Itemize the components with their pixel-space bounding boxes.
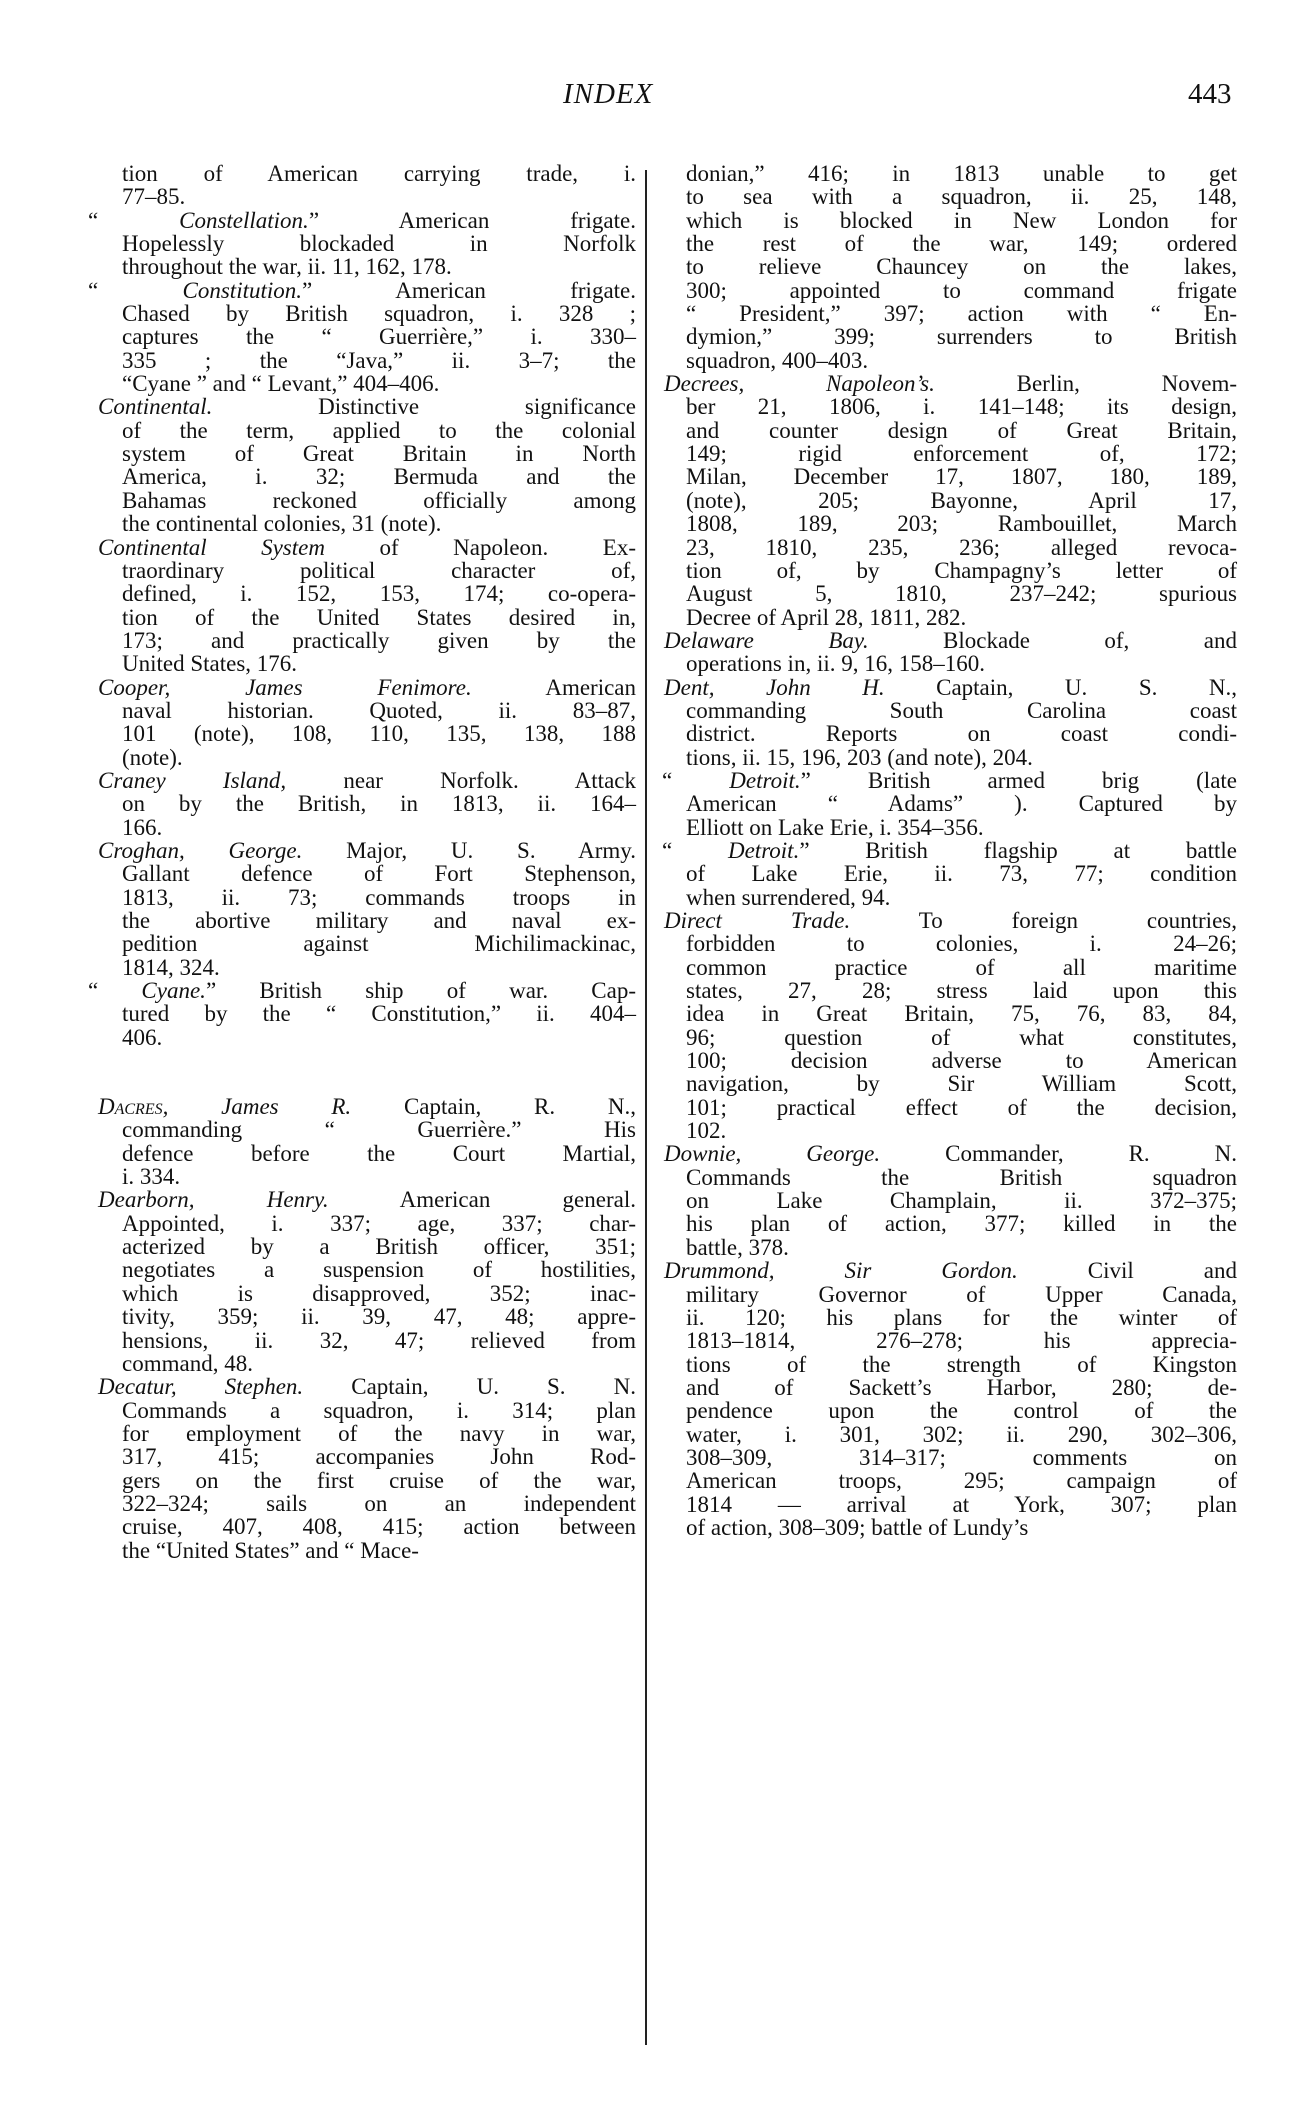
entry-description: Civil and bbox=[1018, 1258, 1237, 1283]
entry-headword: Constitution. bbox=[183, 278, 303, 303]
entry-line: 406. bbox=[88, 1026, 636, 1049]
entry-headword: Dent, John H. bbox=[664, 675, 885, 700]
entry-headword: Drummond, Sir Gordon. bbox=[664, 1258, 1018, 1283]
entry-line: acterized by a British officer, 351; bbox=[88, 1235, 636, 1258]
entry-line: 1814 — arrival at York, 307; plan bbox=[662, 1493, 1237, 1516]
entry-line: of Lake Erie, ii. 73, 77; condition bbox=[662, 862, 1237, 885]
index-entry: Dacres, James R. Captain, R. N.,commandi… bbox=[88, 1095, 636, 1188]
entry-line: Commands a squadron, i. 314; plan bbox=[88, 1399, 636, 1422]
entry-line: navigation, by Sir William Scott, bbox=[662, 1072, 1237, 1095]
entry-headword: Dearborn, Henry. bbox=[98, 1187, 329, 1212]
index-entry: Dearborn, Henry. American general.Appoin… bbox=[88, 1188, 636, 1375]
entry-line: battle, 378. bbox=[662, 1236, 1237, 1259]
entry-line: 101; practical effect of the decision, bbox=[662, 1096, 1237, 1119]
entry-headline: Delaware Bay. Blockade of, and bbox=[662, 629, 1237, 652]
entry-headword: Decrees, Napoleon’s. bbox=[664, 371, 935, 396]
headword-text: Craney Island, bbox=[98, 768, 286, 793]
entry-line: and of Sackett’s Harbor, 280; de- bbox=[662, 1376, 1237, 1399]
index-entry: Croghan, George. Major, U. S. Army.Galla… bbox=[88, 839, 636, 979]
entry-line: negotiates a suspension of hostilities, bbox=[88, 1258, 636, 1281]
entry-line: captures the “ Guerrière,” i. 330– bbox=[88, 325, 636, 348]
headword-smallcaps: Dacres bbox=[98, 1094, 163, 1119]
index-entry: “ Constellation.” American frigate.Hopel… bbox=[88, 209, 636, 279]
entry-headline: “ Detroit.” British flagship at battle bbox=[662, 839, 1237, 862]
entry-headword: Direct Trade. bbox=[664, 908, 850, 933]
entry-line: hensions, ii. 32, 47; relieved from bbox=[88, 1329, 636, 1352]
entry-line: tured by the “ Constitution,” ii. 404– bbox=[88, 1002, 636, 1025]
entry-line: Bahamas reckoned officially among bbox=[88, 489, 636, 512]
entry-line: pendence upon the control of the bbox=[662, 1399, 1237, 1422]
index-entry: Dent, John H. Captain, U. S. N.,commandi… bbox=[662, 676, 1237, 769]
entry-description: American frigate. bbox=[312, 278, 636, 303]
entry-line: which is disapproved, 352; inac- bbox=[88, 1282, 636, 1305]
entry-line: (note), 205; Bayonne, April 17, bbox=[662, 489, 1237, 512]
entry-description: Captain, U. S. N., bbox=[885, 675, 1237, 700]
entry-line: 317, 415; accompanies John Rod- bbox=[88, 1445, 636, 1468]
open-quote: “ bbox=[662, 838, 728, 863]
close-quote: ” bbox=[206, 978, 216, 1003]
headword-text: Constitution. bbox=[183, 278, 303, 303]
entry-description: American frigate. bbox=[319, 208, 636, 233]
entry-description: Berlin, Novem- bbox=[935, 371, 1237, 396]
close-quote: ” bbox=[302, 278, 312, 303]
entry-description: Commander, R. N. bbox=[880, 1141, 1237, 1166]
index-entry: “ Cyane.” British ship of war. Cap-tured… bbox=[88, 979, 636, 1049]
entry-headword: Continental System bbox=[98, 535, 325, 560]
entry-line: 1814, 324. bbox=[88, 956, 636, 979]
entry-headline: “ Detroit.” British armed brig (late bbox=[662, 769, 1237, 792]
entry-line: the continental colonies, 31 (note). bbox=[88, 512, 636, 535]
entry-line: water, i. 301, 302; ii. 290, 302–306, bbox=[662, 1423, 1237, 1446]
entry-headline: “ Constitution.” American frigate. bbox=[88, 279, 636, 302]
continued-entry-line: 300; appointed to command frigate bbox=[662, 279, 1237, 302]
entry-line: idea in Great Britain, 75, 76, 83, 84, bbox=[662, 1002, 1237, 1025]
continued-entry-line: the rest of the war, 149; ordered bbox=[662, 232, 1237, 255]
headword-text: Detroit. bbox=[729, 768, 800, 793]
index-entry: Drummond, Sir Gordon. Civil andmilitary … bbox=[662, 1259, 1237, 1539]
entry-description: Blockade of, and bbox=[869, 628, 1237, 653]
entry-headline: Downie, George. Commander, R. N. bbox=[662, 1142, 1237, 1165]
entry-line: naval historian. Quoted, ii. 83–87, bbox=[88, 699, 636, 722]
entry-line: “Cyane ” and “ Levant,” 404–406. bbox=[88, 372, 636, 395]
close-quote: ” bbox=[801, 768, 811, 793]
headword-text: Continental System bbox=[98, 535, 325, 560]
entry-line: 322–324; sails on an independent bbox=[88, 1492, 636, 1515]
headword-text: Dent, John H. bbox=[664, 675, 885, 700]
entry-line: American “ Adams” ). Captured by bbox=[662, 792, 1237, 815]
entry-headline: Craney Island, near Norfolk. Attack bbox=[88, 769, 636, 792]
column-divider bbox=[645, 170, 647, 2045]
entry-headword: Detroit. bbox=[729, 768, 800, 793]
entry-line: his plan of action, 377; killed in the bbox=[662, 1212, 1237, 1235]
headword-text: Dearborn, Henry. bbox=[98, 1187, 329, 1212]
entry-line: operations in, ii. 9, 16, 158–160. bbox=[662, 652, 1237, 675]
entry-line: Commands the British squadron bbox=[662, 1166, 1237, 1189]
index-entry: Decatur, Stephen. Captain, U. S. N.Comma… bbox=[88, 1375, 636, 1562]
open-quote: “ bbox=[88, 978, 141, 1003]
entry-headline: “ Cyane.” British ship of war. Cap- bbox=[88, 979, 636, 1002]
entry-line: 101 (note), 108, 110, 135, 138, 188 bbox=[88, 722, 636, 745]
entry-line: Gallant defence of Fort Stephenson, bbox=[88, 862, 636, 885]
index-entry: “ Constitution.” American frigate.Chased… bbox=[88, 279, 636, 396]
entry-headword: Dacres, James R. bbox=[98, 1094, 351, 1119]
entry-line: for employment of the navy in war, bbox=[88, 1422, 636, 1445]
open-quote: “ bbox=[88, 278, 183, 303]
index-entry: Delaware Bay. Blockade of, andoperations… bbox=[662, 629, 1237, 676]
entry-line: Appointed, i. 337; age, 337; char- bbox=[88, 1212, 636, 1235]
entry-line: defence before the Court Martial, bbox=[88, 1142, 636, 1165]
index-entry: Cooper, James Fenimore. Americannaval hi… bbox=[88, 676, 636, 769]
entry-description: Captain, R. N., bbox=[351, 1094, 636, 1119]
running-head: INDEX 443 bbox=[0, 78, 1313, 118]
entry-line: 23, 1810, 235, 236; alleged revoca- bbox=[662, 536, 1237, 559]
entry-line: (note). bbox=[88, 746, 636, 769]
entry-headline: “ Constellation.” American frigate. bbox=[88, 209, 636, 232]
headword-text: Continental. bbox=[98, 394, 212, 419]
entry-headline: Continental. Distinctive significance bbox=[88, 395, 636, 418]
entry-headword: Cooper, James Fenimore. bbox=[98, 675, 472, 700]
entry-line: 102. bbox=[662, 1119, 1237, 1142]
entry-headword: Downie, George. bbox=[664, 1141, 880, 1166]
continued-entry-line: 77–85. bbox=[88, 185, 636, 208]
continued-entry-line: tion of American carrying trade, i. bbox=[88, 162, 636, 185]
entry-line: traordinary political character of, bbox=[88, 559, 636, 582]
entry-line: American troops, 295; campaign of bbox=[662, 1469, 1237, 1492]
entry-headword: Detroit. bbox=[728, 838, 799, 863]
entry-description: American bbox=[472, 675, 636, 700]
entry-line: of action, 308–309; battle of Lundy’s bbox=[662, 1516, 1237, 1539]
entry-line: and counter design of Great Britain, bbox=[662, 419, 1237, 442]
page-number: 443 bbox=[1188, 78, 1232, 111]
continued-entry-line: which is blocked in New London for bbox=[662, 209, 1237, 232]
entry-line: ber 21, 1806, i. 141–148; its design, bbox=[662, 395, 1237, 418]
close-quote: ” bbox=[309, 208, 319, 233]
entry-line: command, 48. bbox=[88, 1352, 636, 1375]
entry-line: America, i. 32; Bermuda and the bbox=[88, 465, 636, 488]
headword-text: , James R. bbox=[163, 1094, 352, 1119]
entry-line: 308–309, 314–317; comments on bbox=[662, 1446, 1237, 1469]
entry-headword: Constellation. bbox=[179, 208, 309, 233]
entry-line: 173; and practically given by the bbox=[88, 629, 636, 652]
entry-line: ii. 120; his plans for the winter of bbox=[662, 1306, 1237, 1329]
entry-description: Distinctive significance bbox=[212, 394, 636, 419]
entry-line: 1813, ii. 73; commands troops in bbox=[88, 886, 636, 909]
entry-headline: Dent, John H. Captain, U. S. N., bbox=[662, 676, 1237, 699]
entry-line: common practice of all maritime bbox=[662, 956, 1237, 979]
entry-line: forbidden to colonies, i. 24–26; bbox=[662, 932, 1237, 955]
entry-line: tions of the strength of Kingston bbox=[662, 1353, 1237, 1376]
entry-line: of the term, applied to the colonial bbox=[88, 419, 636, 442]
entry-line: commanding South Carolina coast bbox=[662, 699, 1237, 722]
index-entry: Direct Trade. To foreign countries,forbi… bbox=[662, 909, 1237, 1142]
headword-text: Croghan, George. bbox=[98, 838, 302, 863]
entry-line: 1808, 189, 203; Rambouillet, March bbox=[662, 512, 1237, 535]
entry-description: American general. bbox=[329, 1187, 636, 1212]
entry-description: British armed brig (late bbox=[811, 768, 1237, 793]
entry-description: Captain, U. S. N. bbox=[303, 1374, 636, 1399]
headword-text: Decatur, Stephen. bbox=[98, 1374, 303, 1399]
entry-line: 96; question of what constitutes, bbox=[662, 1026, 1237, 1049]
continued-entry-line: dymion,” 399; surrenders to British bbox=[662, 325, 1237, 348]
entry-description: To foreign countries, bbox=[850, 908, 1237, 933]
entry-description: Major, U. S. Army. bbox=[302, 838, 636, 863]
entry-description: of Napoleon. Ex- bbox=[325, 535, 636, 560]
index-entry: Continental System of Napoleon. Ex-traor… bbox=[88, 536, 636, 676]
index-column-right: donian,” 416; in 1813 unable to getto se… bbox=[662, 162, 1237, 1539]
entry-headline: Decrees, Napoleon’s. Berlin, Novem- bbox=[662, 372, 1237, 395]
open-quote: “ bbox=[662, 768, 729, 793]
entry-description: British ship of war. Cap- bbox=[216, 978, 636, 1003]
close-quote: ” bbox=[799, 838, 809, 863]
index-column-left: tion of American carrying trade, i.77–85… bbox=[88, 162, 636, 1562]
entry-headline: Cooper, James Fenimore. American bbox=[88, 676, 636, 699]
entry-line: on Lake Champlain, ii. 372–375; bbox=[662, 1189, 1237, 1212]
entry-line: Elliott on Lake Erie, i. 354–356. bbox=[662, 816, 1237, 839]
entry-headline: Dacres, James R. Captain, R. N., bbox=[88, 1095, 636, 1118]
entry-line: 1813–1814, 276–278; his apprecia- bbox=[662, 1329, 1237, 1352]
headword-text: Downie, George. bbox=[664, 1141, 880, 1166]
entry-line: district. Reports on coast condi- bbox=[662, 722, 1237, 745]
headword-text: Drummond, Sir Gordon. bbox=[664, 1258, 1018, 1283]
entry-line: Chased by British squadron, i. 328 ; bbox=[88, 302, 636, 325]
entry-line: the “United States” and “ Mace- bbox=[88, 1539, 636, 1562]
entry-headline: Continental System of Napoleon. Ex- bbox=[88, 536, 636, 559]
entry-line: i. 334. bbox=[88, 1165, 636, 1188]
entry-line: tion of the United States desired in, bbox=[88, 606, 636, 629]
entry-line: on by the British, in 1813, ii. 164– bbox=[88, 792, 636, 815]
entry-headword: Croghan, George. bbox=[98, 838, 302, 863]
entry-line: gers on the first cruise of the war, bbox=[88, 1469, 636, 1492]
entry-line: tion of, by Champagny’s letter of bbox=[662, 559, 1237, 582]
entry-description: near Norfolk. Attack bbox=[286, 768, 636, 793]
continued-entry-line: to relieve Chauncey on the lakes, bbox=[662, 255, 1237, 278]
entry-headword: Delaware Bay. bbox=[664, 628, 869, 653]
entry-line: the abortive military and naval ex- bbox=[88, 909, 636, 932]
index-entry: “ Detroit.” British armed brig (lateAmer… bbox=[662, 769, 1237, 839]
entry-line: Milan, December 17, 1807, 180, 189, bbox=[662, 465, 1237, 488]
entry-line: Hopelessly blockaded in Norfolk bbox=[88, 232, 636, 255]
entry-line: 166. bbox=[88, 816, 636, 839]
entry-headline: Dearborn, Henry. American general. bbox=[88, 1188, 636, 1211]
entry-headword: Craney Island, bbox=[98, 768, 286, 793]
headword-text: Delaware Bay. bbox=[664, 628, 869, 653]
headword-text: Decrees, Napoleon’s. bbox=[664, 371, 935, 396]
entry-line: Decree of April 28, 1811, 282. bbox=[662, 606, 1237, 629]
entry-line: when surrendered, 94. bbox=[662, 886, 1237, 909]
entry-line: 100; decision adverse to American bbox=[662, 1049, 1237, 1072]
continued-entry-line: squadron, 400–403. bbox=[662, 349, 1237, 372]
entry-headline: Direct Trade. To foreign countries, bbox=[662, 909, 1237, 932]
index-entry: “ Detroit.” British flagship at battleof… bbox=[662, 839, 1237, 909]
entry-line: 149; rigid enforcement of, 172; bbox=[662, 442, 1237, 465]
index-entry: Downie, George. Commander, R. N.Commands… bbox=[662, 1142, 1237, 1259]
continued-entry-line: to sea with a squadron, ii. 25, 148, bbox=[662, 185, 1237, 208]
headword-text: Detroit. bbox=[728, 838, 799, 863]
entry-line: tivity, 359; ii. 39, 47, 48; appre- bbox=[88, 1305, 636, 1328]
letter-section-gap bbox=[88, 1049, 636, 1095]
entry-line: defined, i. 152, 153, 174; co-opera- bbox=[88, 582, 636, 605]
entry-line: commanding “ Guerrière.” His bbox=[88, 1118, 636, 1141]
entry-line: system of Great Britain in North bbox=[88, 442, 636, 465]
entry-headword: Decatur, Stephen. bbox=[98, 1374, 303, 1399]
entry-line: United States, 176. bbox=[88, 652, 636, 675]
headword-text: Cooper, James Fenimore. bbox=[98, 675, 472, 700]
headword-text: Cyane. bbox=[141, 978, 206, 1003]
running-title: INDEX bbox=[563, 78, 653, 111]
index-entry: Decrees, Napoleon’s. Berlin, Novem-ber 2… bbox=[662, 372, 1237, 629]
entry-headline: Decatur, Stephen. Captain, U. S. N. bbox=[88, 1375, 636, 1398]
entry-headword: Cyane. bbox=[141, 978, 206, 1003]
entry-line: cruise, 407, 408, 415; action between bbox=[88, 1515, 636, 1538]
entry-headline: Croghan, George. Major, U. S. Army. bbox=[88, 839, 636, 862]
continued-entry-line: donian,” 416; in 1813 unable to get bbox=[662, 162, 1237, 185]
continued-entry-line: “ President,” 397; action with “ En- bbox=[662, 302, 1237, 325]
open-quote: “ bbox=[88, 208, 179, 233]
entry-headword: Continental. bbox=[98, 394, 212, 419]
entry-line: tions, ii. 15, 196, 203 (and note), 204. bbox=[662, 746, 1237, 769]
entry-description: British flagship at battle bbox=[810, 838, 1237, 863]
index-entry: Craney Island, near Norfolk. Attackon by… bbox=[88, 769, 636, 839]
entry-line: military Governor of Upper Canada, bbox=[662, 1283, 1237, 1306]
entry-line: throughout the war, ii. 11, 162, 178. bbox=[88, 255, 636, 278]
entry-line: 335 ; the “Java,” ii. 3–7; the bbox=[88, 349, 636, 372]
entry-line: August 5, 1810, 237–242; spurious bbox=[662, 582, 1237, 605]
entry-headline: Drummond, Sir Gordon. Civil and bbox=[662, 1259, 1237, 1282]
entry-line: pedition against Michilimackinac, bbox=[88, 932, 636, 955]
entry-line: states, 27, 28; stress laid upon this bbox=[662, 979, 1237, 1002]
headword-text: Direct Trade. bbox=[664, 908, 850, 933]
headword-text: Constellation. bbox=[179, 208, 309, 233]
index-entry: Continental. Distinctive significanceof … bbox=[88, 395, 636, 535]
